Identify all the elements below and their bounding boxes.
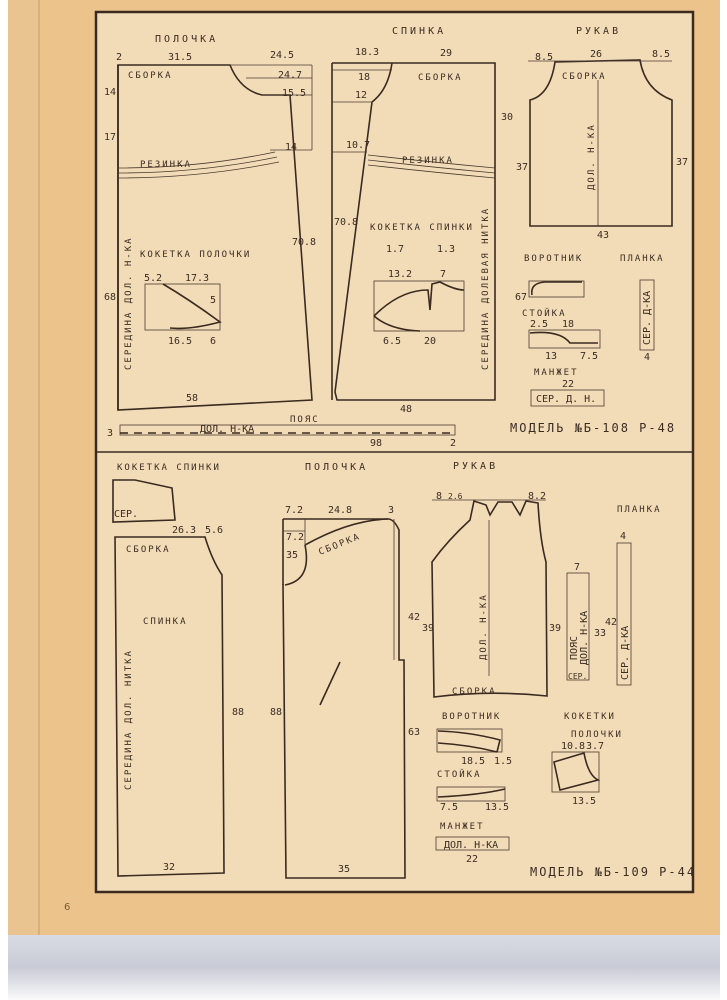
dim: 1.7 bbox=[386, 244, 404, 255]
dim: 13.5 bbox=[572, 796, 596, 807]
title: МАНЖЕТ bbox=[440, 822, 485, 832]
model-caption-bottom: МОДЕЛЬ №Б-109 Р-44 bbox=[530, 865, 696, 879]
dim: 18.5 bbox=[461, 756, 485, 767]
dim: 1.3 bbox=[437, 244, 455, 255]
dim: 7.5 bbox=[580, 351, 598, 362]
dim: 7.2 bbox=[286, 532, 304, 543]
dim: 88 bbox=[270, 707, 282, 718]
dim: 67 bbox=[515, 292, 527, 303]
dim: 24.5 bbox=[270, 50, 294, 61]
dim: 42 bbox=[408, 612, 420, 623]
dim: 35 bbox=[286, 550, 298, 561]
dim: 20 bbox=[424, 336, 436, 347]
dim: 8.5 bbox=[652, 49, 670, 60]
grain-label: СЕР. bbox=[114, 509, 138, 520]
dim: 6.5 bbox=[383, 336, 401, 347]
title: МАНЖЕТ bbox=[534, 368, 579, 378]
dim: 10.7 bbox=[346, 140, 370, 151]
gather-label: СБОРКА bbox=[562, 72, 607, 82]
dim: 7 bbox=[574, 562, 580, 573]
dim: 2 bbox=[116, 52, 122, 63]
dim: 10.8 bbox=[561, 741, 585, 752]
dim: 14 bbox=[285, 142, 297, 153]
dim: 39 bbox=[549, 623, 561, 634]
grain-label: СЕРЕДИНА ДОЛЕВАЯ НИТКА bbox=[481, 207, 491, 370]
elastic-label: РЕЗИНКА bbox=[140, 160, 192, 170]
title: СПИНКА bbox=[392, 26, 446, 37]
dim: 42 bbox=[605, 617, 617, 628]
dim: 22 bbox=[562, 379, 574, 390]
pattern-sheet: ПОЛОЧКА 2 31.5 24.5 24.7 15.5 СБОРКА РЕЗ… bbox=[0, 0, 727, 1000]
dim: 43 bbox=[597, 230, 609, 241]
dim: 3 bbox=[107, 428, 113, 439]
dim: 5 bbox=[210, 295, 216, 306]
dim: 70.8 bbox=[292, 237, 316, 248]
title: КОКЕТКА СПИНКИ bbox=[370, 223, 474, 233]
title: РУКАВ bbox=[576, 26, 621, 37]
dim: 88 bbox=[232, 707, 244, 718]
dim: 24.7 bbox=[278, 70, 302, 81]
dim: 63 bbox=[408, 727, 420, 738]
dim: 58 bbox=[186, 393, 198, 404]
title: ВОРОТНИК bbox=[524, 254, 583, 264]
title: ПЛАНКА bbox=[620, 254, 665, 264]
dim: 14 bbox=[104, 87, 116, 98]
grain-label: СЕР. Д. Н. bbox=[536, 394, 596, 405]
dim: 17 bbox=[104, 132, 116, 143]
dim: 13.2 bbox=[388, 269, 412, 280]
dim: 5.6 bbox=[205, 525, 223, 536]
dim: 6 bbox=[210, 336, 216, 347]
dim: 18 bbox=[562, 319, 574, 330]
dim: 32 bbox=[163, 862, 175, 873]
title: КОКЕТКА СПИНКИ bbox=[117, 463, 221, 473]
grain-label: СЕР. Д-КА bbox=[642, 291, 653, 345]
title: КОКЕТКИ bbox=[564, 712, 616, 722]
gather-label: СБОРКА bbox=[418, 73, 463, 83]
dim: 18.3 bbox=[355, 47, 379, 58]
elastic-label: РЕЗИНКА bbox=[402, 156, 454, 166]
dim: 8 bbox=[436, 491, 442, 502]
dim: 37 bbox=[676, 157, 688, 168]
dim: 2.5 bbox=[530, 319, 548, 330]
grain-label: ДОЛ. Н-КА bbox=[579, 611, 590, 665]
dim: 12 bbox=[355, 90, 367, 101]
dim: 26.3 bbox=[172, 525, 196, 536]
dim: 4 bbox=[644, 352, 650, 363]
grain-label: ДОЛ. Н-КА bbox=[444, 840, 498, 851]
gather-label: СБОРКА bbox=[452, 687, 497, 697]
dim: 17.3 bbox=[185, 273, 209, 284]
dim: 70.8 bbox=[334, 217, 358, 228]
title: ПОЛОЧКА bbox=[305, 462, 368, 473]
dim: 7 bbox=[440, 269, 446, 280]
title: РУКАВ bbox=[453, 461, 498, 472]
title: ВОРОТНИК bbox=[442, 712, 501, 722]
model-caption-top: МОДЕЛЬ №Б-108 Р-48 bbox=[510, 421, 676, 435]
dim: 33 bbox=[594, 628, 606, 639]
dim: 39 bbox=[422, 623, 434, 634]
title: ПЛАНКА bbox=[617, 505, 662, 515]
dim: 8.2 bbox=[528, 491, 546, 502]
dim: 68 bbox=[104, 292, 116, 303]
gather-label: СБОРКА bbox=[126, 545, 171, 555]
grain-label: СЕР. Д-КА bbox=[620, 626, 631, 680]
dim: 31.5 bbox=[168, 52, 192, 63]
dim: 24.8 bbox=[328, 505, 352, 516]
title: ПОЛОЧКИ bbox=[571, 730, 623, 740]
dim: 18 bbox=[358, 72, 370, 83]
dim: 35 bbox=[338, 864, 350, 875]
grain-label: ДОЛ. Н-КА bbox=[479, 593, 489, 660]
title: СТОЙКА bbox=[437, 768, 482, 780]
grain-label: ДОЛ. Н-КА bbox=[200, 424, 254, 435]
grain-label: СЕР. bbox=[568, 672, 587, 681]
dim: 4 bbox=[620, 531, 626, 542]
dim: 98 bbox=[370, 438, 382, 449]
page-number: 6 bbox=[64, 902, 70, 913]
dim: 3 bbox=[388, 505, 394, 516]
dim: 2.6 bbox=[448, 492, 463, 501]
dim: 3.7 bbox=[586, 741, 604, 752]
title: ПОЯС bbox=[290, 415, 320, 425]
dim: 29 bbox=[440, 48, 452, 59]
dim: 16.5 bbox=[168, 336, 192, 347]
dim: 7.2 bbox=[285, 505, 303, 516]
title: СПИНКА bbox=[143, 617, 188, 627]
dim: 37 bbox=[516, 162, 528, 173]
dim: 26 bbox=[590, 49, 602, 60]
gather-label: СБОРКА bbox=[128, 71, 173, 81]
dim: 13 bbox=[545, 351, 557, 362]
title: СТОЙКА bbox=[522, 307, 567, 319]
dim: 30 bbox=[501, 112, 513, 123]
dim: 15.5 bbox=[282, 88, 306, 99]
dim: 22 bbox=[466, 854, 478, 865]
grain-label: ДОЛ. Н-КА bbox=[587, 123, 597, 190]
dim: 5.2 bbox=[144, 273, 162, 284]
dim: 7.5 bbox=[440, 802, 458, 813]
dim: 8.5 bbox=[535, 52, 553, 63]
dim: 13.5 bbox=[485, 802, 509, 813]
title: КОКЕТКА ПОЛОЧКИ bbox=[140, 250, 251, 260]
grain-label: СЕРЕДИНА ДОЛ. НИТКА bbox=[124, 649, 134, 790]
dim: 2 bbox=[450, 438, 456, 449]
dim: 48 bbox=[400, 404, 412, 415]
dim: 1.5 bbox=[494, 756, 512, 767]
top-polochka-title: ПОЛОЧКА bbox=[155, 34, 218, 45]
grain-label: СЕРЕДИНА ДОЛ. Н-КА bbox=[124, 236, 134, 370]
